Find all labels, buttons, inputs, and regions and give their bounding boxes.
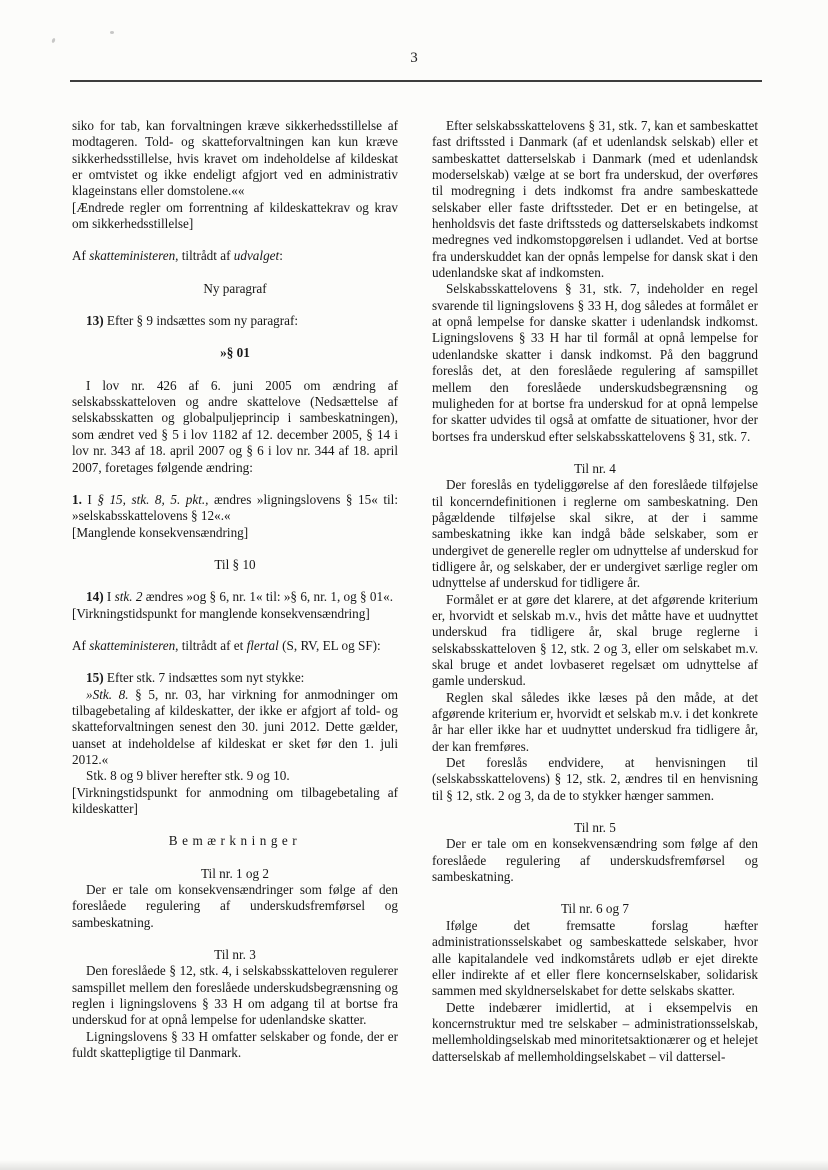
text-run: [Virkningstidspunkt for manglende konsek… — [72, 606, 370, 621]
text-run: § 15, stk. 8, 5. pkt., — [97, 492, 208, 507]
text-run: Til nr. 1 og 2 — [201, 866, 269, 881]
paragraph: 1. I § 15, stk. 8, 5. pkt., ændres »lign… — [72, 492, 398, 525]
text-run: »Stk. 8. — [86, 687, 129, 702]
text-run: , tiltrådt af — [175, 248, 234, 263]
section-heading: Til nr. 1 og 2 — [72, 866, 398, 882]
text-run: »§ 01 — [220, 345, 250, 360]
section-heading: Til nr. 3 — [72, 947, 398, 963]
text-run: flertal — [247, 638, 279, 653]
text-run: I lov nr. 426 af 6. juni 2005 om ændring… — [72, 378, 398, 475]
text-run: Til nr. 5 — [574, 820, 616, 835]
paragraph: Der er tale om konsekvensændringer som f… — [72, 882, 398, 931]
paragraph: Den foreslåede § 12, stk. 4, i selskabss… — [72, 963, 398, 1028]
document-page: 3 siko for tab, kan forvaltningen kræve … — [0, 0, 828, 1170]
text-run: Reglen skal således ikke læses på den må… — [432, 690, 758, 754]
text-run: Ny paragraf — [203, 281, 266, 296]
paragraph: Der foreslås en tydeliggørelse af den fo… — [432, 477, 758, 591]
paragraph: 13) Efter § 9 indsættes som ny paragraf: — [72, 313, 398, 329]
text-run: [Manglende konsekvensændring] — [72, 525, 248, 540]
text-run: (S, RV, EL og SF): — [279, 638, 381, 653]
paragraph: Af skatteministeren, tiltrådt af udvalge… — [72, 248, 398, 264]
text-run: Af — [72, 638, 89, 653]
text-run: Ligningslovens § 33 H omfatter selskaber… — [72, 1029, 398, 1060]
section-heading: Til nr. 4 — [432, 461, 758, 477]
text-run: udvalget — [234, 248, 279, 263]
scan-bottom-shadow — [0, 1160, 828, 1170]
header-rule — [70, 80, 762, 82]
paragraph: Ifølge det fremsatte forslag hæfter admi… — [432, 918, 758, 1000]
text-run: siko for tab, kan forvaltningen kræve si… — [72, 118, 398, 198]
text-run: Den foreslåede § 12, stk. 4, i selskabss… — [72, 963, 398, 1027]
text-run: Efter stk. 7 indsættes som nyt stykke: — [107, 670, 304, 685]
right-column: Efter selskabsskattelovens § 31, stk. 7,… — [432, 118, 758, 1065]
text-run: : — [279, 248, 283, 263]
text-run: Bemærkninger — [169, 833, 301, 848]
paragraph: siko for tab, kan forvaltningen kræve si… — [72, 118, 398, 200]
text-run: Der er tale om en konsekvensændring som … — [432, 836, 758, 884]
scan-artifact — [51, 38, 56, 44]
paragraph: Af skatteministeren, tiltrådt af et fler… — [72, 638, 398, 654]
paragraph: Formålet er at gøre det klarere, at det … — [432, 592, 758, 690]
text-run: [Ændrede regler om forrentning af kildes… — [72, 200, 398, 231]
text-run: Af — [72, 248, 89, 263]
text-run: ændres »og § 6, nr. 1« til: »§ 6, nr. 1,… — [142, 589, 393, 604]
bracket-note: [Virkningstidspunkt for manglende konsek… — [72, 606, 398, 622]
text-run: 14) — [86, 589, 107, 604]
paragraph: Ligningslovens § 33 H omfatter selskaber… — [72, 1029, 398, 1062]
paragraph: I lov nr. 426 af 6. juni 2005 om ændring… — [72, 378, 398, 476]
page-number: 3 — [0, 50, 828, 67]
section-heading: Til nr. 6 og 7 — [432, 901, 758, 917]
left-column: siko for tab, kan forvaltningen kræve si… — [72, 118, 398, 1065]
text-run: Efter selskabsskattelovens § 31, stk. 7,… — [432, 118, 758, 280]
text-run: skatteministeren — [89, 248, 175, 263]
text-run: [Virkningstidspunkt for anmodning om til… — [72, 785, 398, 816]
section-heading: »§ 01 — [72, 345, 398, 361]
text-run: Til nr. 3 — [214, 947, 256, 962]
text-run: Stk. 8 og 9 bliver herefter stk. 9 og 10… — [86, 768, 290, 783]
section-heading: Til § 10 — [72, 557, 398, 573]
paragraph: 15) Efter stk. 7 indsættes som nyt stykk… — [72, 670, 398, 686]
text-run: Der er tale om konsekvensændringer som f… — [72, 882, 398, 930]
text-run: stk. 2 — [115, 589, 143, 604]
paragraph: Reglen skal således ikke læses på den må… — [432, 690, 758, 755]
section-heading: Til nr. 5 — [432, 820, 758, 836]
text-run: Til nr. 4 — [574, 461, 616, 476]
two-column-layout: siko for tab, kan forvaltningen kræve si… — [72, 118, 758, 1065]
text-run: Til nr. 6 og 7 — [561, 901, 629, 916]
paragraph: 14) I stk. 2 ændres »og § 6, nr. 1« til:… — [72, 589, 398, 605]
text-run: Ifølge det fremsatte forslag hæfter admi… — [432, 918, 758, 998]
paragraph: Det foreslås endvidere, at henvisningen … — [432, 755, 758, 804]
bracket-note: [Virkningstidspunkt for anmodning om til… — [72, 785, 398, 818]
text-run: I — [87, 492, 97, 507]
paragraph: »Stk. 8. § 5, nr. 03, har virkning for a… — [72, 687, 398, 769]
section-heading: Ny paragraf — [72, 281, 398, 297]
text-run: 1. — [72, 492, 87, 507]
bracket-note: [Manglende konsekvensændring] — [72, 525, 398, 541]
paragraph: Stk. 8 og 9 bliver herefter stk. 9 og 10… — [72, 768, 398, 784]
scan-artifact — [110, 31, 114, 34]
text-run: 13) — [86, 313, 107, 328]
text-run: skatteministeren — [89, 638, 175, 653]
bracket-note: [Ændrede regler om forrentning af kildes… — [72, 200, 398, 233]
paragraph: Selskabsskattelovens § 31, stk. 7, indeh… — [432, 281, 758, 444]
text-run: Det foreslås endvidere, at henvisningen … — [432, 755, 758, 803]
text-run: Efter § 9 indsættes som ny paragraf: — [107, 313, 298, 328]
text-run: Til § 10 — [214, 557, 255, 572]
text-run: Formålet er at gøre det klarere, at det … — [432, 592, 758, 689]
text-run: 15) — [86, 670, 107, 685]
paragraph: Efter selskabsskattelovens § 31, stk. 7,… — [432, 118, 758, 281]
text-run: , tiltrådt af et — [175, 638, 246, 653]
paragraph: Der er tale om en konsekvensændring som … — [432, 836, 758, 885]
text-run: Selskabsskattelovens § 31, stk. 7, indeh… — [432, 281, 758, 443]
paragraph: Dette indebærer imidlertid, at i eksempe… — [432, 1000, 758, 1065]
text-run: Der foreslås en tydeliggørelse af den fo… — [432, 477, 758, 590]
section-heading: Bemærkninger — [72, 833, 398, 849]
text-run: Dette indebærer imidlertid, at i eksempe… — [432, 1000, 758, 1064]
text-run: I — [107, 589, 115, 604]
